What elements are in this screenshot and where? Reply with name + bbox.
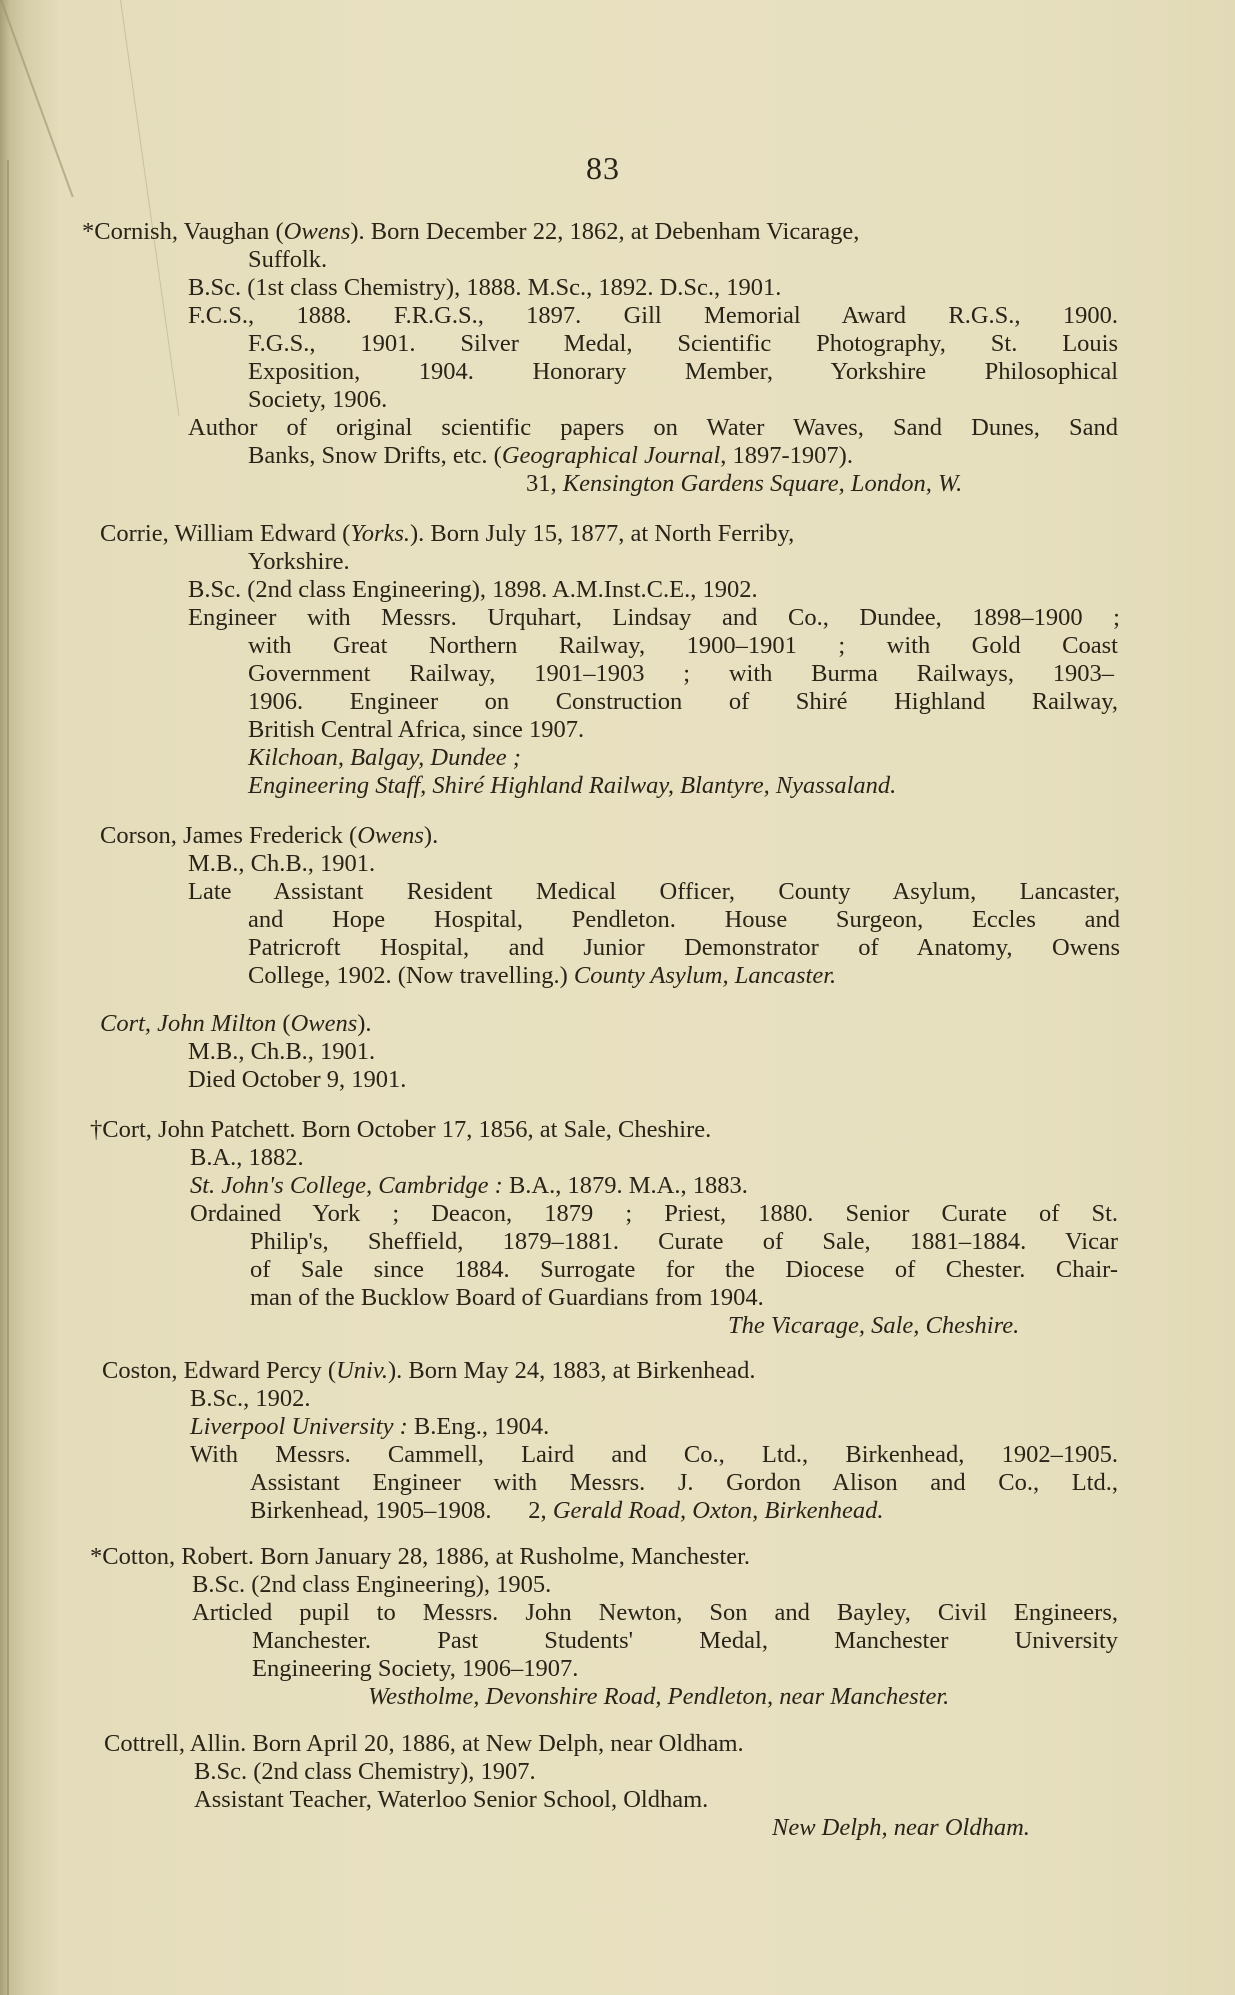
entry-line: with Great Northern Railway, 1900–1901 ;… <box>248 632 1118 660</box>
entry-line: B.Sc. (2nd class Engineering), 1905. <box>192 1571 551 1599</box>
entry-line: B.Sc., 1902. <box>190 1385 310 1413</box>
entry-address: 31, Kensington Gardens Square, London, W… <box>526 470 962 498</box>
entry-address: New Delph, near Oldham. <box>772 1814 1030 1842</box>
entry-address: The Vicarage, Sale, Cheshire. <box>728 1312 1019 1340</box>
entry-line: of Sale since 1884. Surrogate for the Di… <box>250 1256 1118 1284</box>
entry-line: B.Sc. (2nd class Chemistry), 1907. <box>194 1758 536 1786</box>
entry-line: Engineer with Messrs. Urquhart, Lindsay … <box>188 604 1120 632</box>
entry-line: and Hope Hospital, Pendleton. House Surg… <box>248 906 1120 934</box>
entry-line: Assistant Engineer with Messrs. J. Gordo… <box>250 1469 1118 1497</box>
entry-line: Birkenhead, 1905–1908. 2, Gerald Road, O… <box>250 1497 884 1525</box>
entry-line: 1906. Engineer on Construction of Shiré … <box>248 688 1118 716</box>
entry-line: Late Assistant Resident Medical Officer,… <box>188 878 1120 906</box>
entry-line: M.B., Ch.B., 1901. <box>188 850 375 878</box>
entry-line: Government Railway, 1901–1903 ; with Bur… <box>248 660 1114 688</box>
page-crease <box>120 0 179 416</box>
entry-heading: *Cornish, Vaughan (Owens). Born December… <box>82 218 859 246</box>
entry-line: Ordained York ; Deacon, 1879 ; Priest, 1… <box>190 1200 1118 1228</box>
entry-line: Philip's, Sheffield, 1879–1881. Curate o… <box>250 1228 1118 1256</box>
entry-line: Suffolk. <box>248 246 327 274</box>
entry-line: B.Sc. (2nd class Engineering), 1898. A.M… <box>188 576 758 604</box>
page-number: 83 <box>586 150 620 187</box>
entry-line: Articled pupil to Messrs. John Newton, S… <box>192 1599 1118 1627</box>
entry-line: Liverpool University : B.Eng., 1904. <box>190 1413 549 1441</box>
entry-address: Kilchoan, Balgay, Dundee ; <box>248 744 521 772</box>
entry-line: College, 1902. (Now travelling.) County … <box>248 962 836 990</box>
entry-heading: Coston, Edward Percy (Univ.). Born May 2… <box>102 1357 755 1385</box>
entry-line: Exposition, 1904. Honorary Member, Yorks… <box>248 358 1118 386</box>
entry-line: St. John's College, Cambridge : B.A., 18… <box>190 1172 748 1200</box>
binding-gutter <box>7 160 9 1995</box>
entry-line: Banks, Snow Drifts, etc. (Geographical J… <box>248 442 853 470</box>
scanned-page: 83 *Cornish, Vaughan (Owens). Born Decem… <box>0 0 1235 1995</box>
entry-line: Manchester. Past Students' Medal, Manche… <box>252 1627 1118 1655</box>
entry-line: man of the Bucklow Board of Guardians fr… <box>250 1284 764 1312</box>
entry-line: Assistant Teacher, Waterloo Senior Schoo… <box>194 1786 708 1814</box>
entry-heading: Cort, John Milton (Owens). <box>100 1010 372 1038</box>
entry-heading: †Cort, John Patchett. Born October 17, 1… <box>90 1116 711 1144</box>
entry-line: Engineering Society, 1906–1907. <box>252 1655 578 1683</box>
entry-heading: *Cotton, Robert. Born January 28, 1886, … <box>90 1543 750 1571</box>
entry-address: Westholme, Devonshire Road, Pendleton, n… <box>368 1683 949 1711</box>
page-crease <box>0 0 74 197</box>
entry-line: B.A., 1882. <box>190 1144 304 1172</box>
entry-line: Society, 1906. <box>248 386 387 414</box>
entry-heading: Corrie, William Edward (Yorks.). Born Ju… <box>100 520 794 548</box>
entry-line: F.G.S., 1901. Silver Medal, Scientific P… <box>248 330 1118 358</box>
entry-address: Engineering Staff, Shiré Highland Railwa… <box>248 772 896 800</box>
entry-heading: Corson, James Frederick (Owens). <box>100 822 438 850</box>
entry-line: With Messrs. Cammell, Laird and Co., Ltd… <box>190 1441 1118 1469</box>
entry-line: B.Sc. (1st class Chemistry), 1888. M.Sc.… <box>188 274 781 302</box>
entry-line: F.C.S., 1888. F.R.G.S., 1897. Gill Memor… <box>188 302 1118 330</box>
entry-line: Author of original scientific papers on … <box>188 414 1118 442</box>
entry-line: Died October 9, 1901. <box>188 1066 406 1094</box>
entry-line: Patricroft Hospital, and Junior Demonstr… <box>248 934 1120 962</box>
entry-line: Yorkshire. <box>248 548 350 576</box>
entry-line: British Central Africa, since 1907. <box>248 716 584 744</box>
entry-line: M.B., Ch.B., 1901. <box>188 1038 375 1066</box>
entry-heading: Cottrell, Allin. Born April 20, 1886, at… <box>104 1730 744 1758</box>
